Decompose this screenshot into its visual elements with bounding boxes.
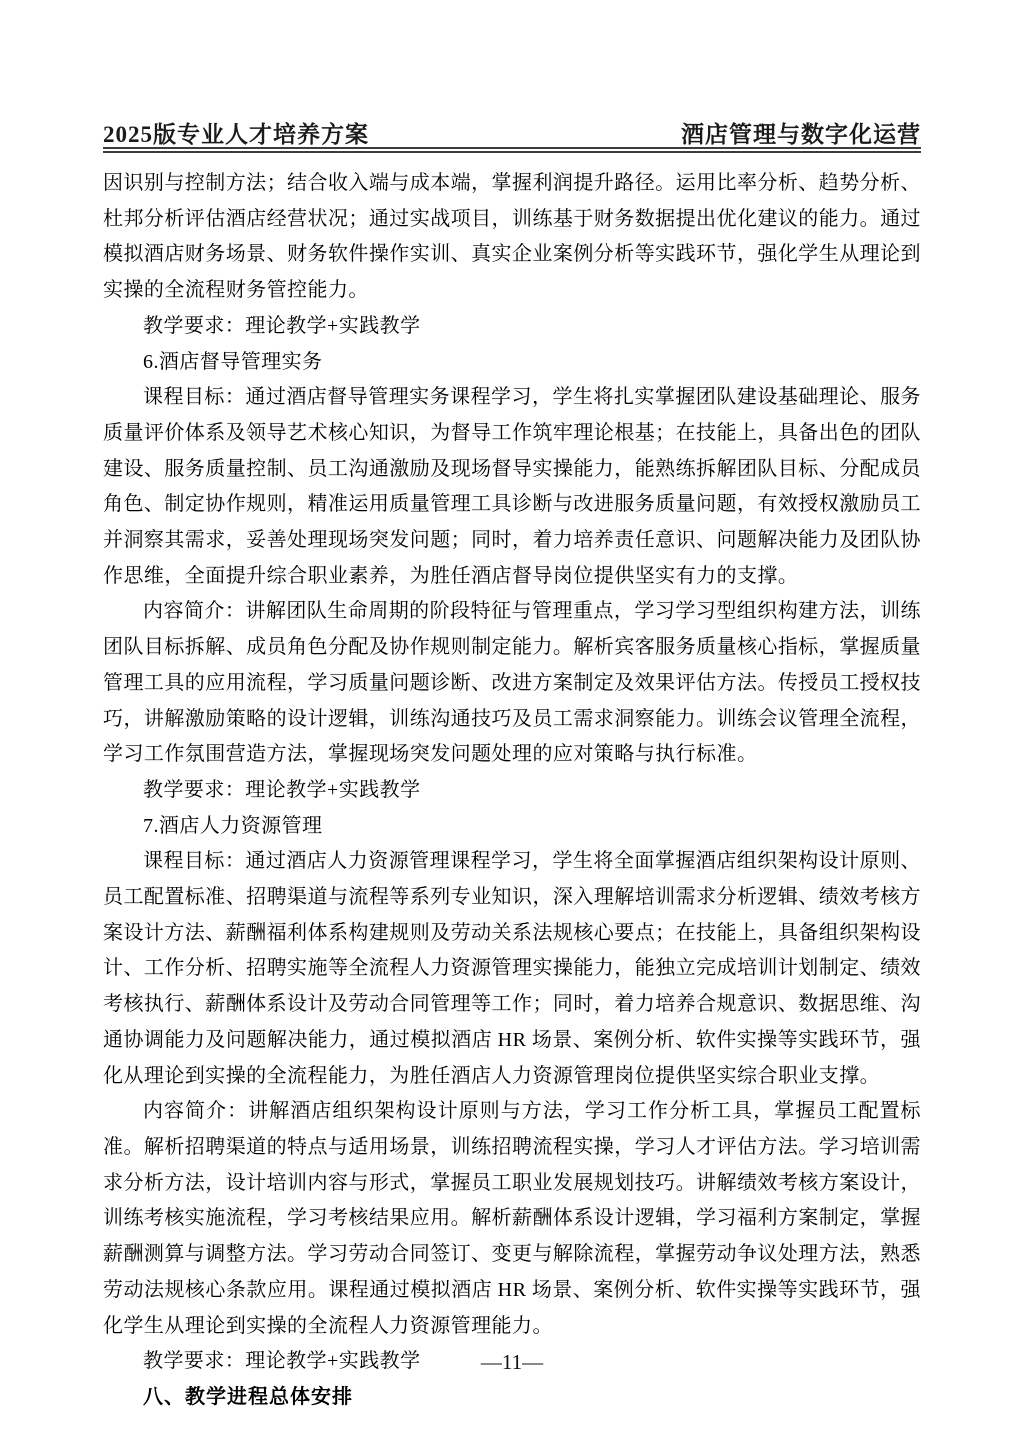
paragraph: 课程目标：通过酒店督导管理实务课程学习，学生将扎实掌握团队建设基础理论、服务质量… [103, 380, 921, 594]
page-footer: —11— [0, 1350, 1024, 1375]
paragraph: 教学要求：理论教学+实践教学 [103, 773, 921, 809]
paragraph: 6.酒店督导管理实务 [103, 345, 921, 381]
document-page: 2025版专业人才培养方案 酒店管理与数字化运营 因识别与控制方法；结合收入端与… [0, 0, 1024, 1448]
section-heading: 八、教学进程总体安排 [103, 1380, 921, 1416]
page-number: —11— [481, 1350, 543, 1374]
header-title-right: 酒店管理与数字化运营 [681, 116, 921, 149]
paragraph: 7.酒店人力资源管理 [103, 809, 921, 845]
paragraph: 因识别与控制方法；结合收入端与成本端，掌握利润提升路径。运用比率分析、趋势分析、… [103, 166, 921, 309]
paragraph: 内容简介：讲解团队生命周期的阶段特征与管理重点，学习学习型组织构建方法，训练团队… [103, 594, 921, 773]
page-header: 2025版专业人才培养方案 酒店管理与数字化运营 [103, 116, 921, 149]
paragraph: 教学要求：理论教学+实践教学 [103, 309, 921, 345]
document-body: 因识别与控制方法；结合收入端与成本端，掌握利润提升路径。运用比率分析、趋势分析、… [103, 166, 921, 1416]
paragraph: 课程目标：通过酒店人力资源管理课程学习，学生将全面掌握酒店组织架构设计原则、员工… [103, 844, 921, 1094]
paragraph: 内容简介：讲解酒店组织架构设计原则与方法，学习工作分析工具，掌握员工配置标准。解… [103, 1094, 921, 1344]
header-rule [103, 147, 921, 153]
header-title-left: 2025版专业人才培养方案 [103, 116, 369, 149]
